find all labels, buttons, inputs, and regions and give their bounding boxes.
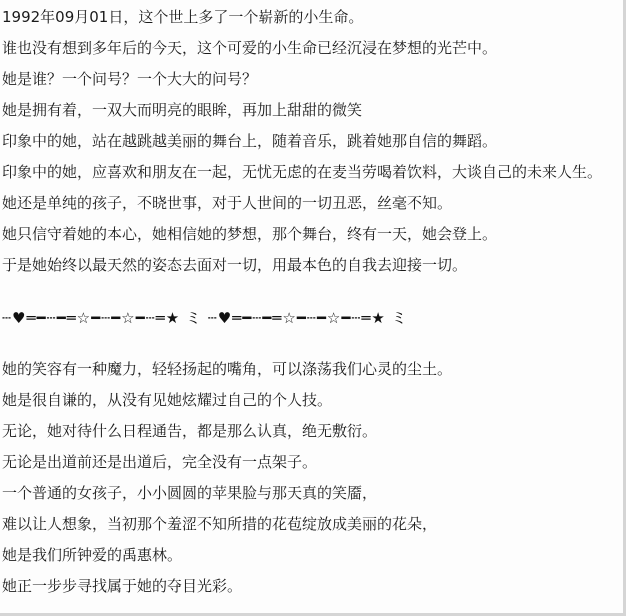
paragraph-line: 她是谁？一个问号？一个大大的问号？ [2,64,623,95]
post-section-bottom: 她的笑容有一种魔力，轻轻扬起的嘴角，可以涤荡我们心灵的尘土。 她是很自谦的，从没… [2,354,623,602]
paragraph-line: 印象中的她，应喜欢和朋友在一起，无忧无虑的在麦当劳喝着饮料，大谈自己的未来人生。 [2,157,623,188]
paragraph-line: 印象中的她，站在越跳越美丽的舞台上，随着音乐，跳着她那自信的舞蹈。 [2,126,623,157]
paragraph-line: 于是她始终以最天然的姿态去面对一切，用最本色的自我去迎接一切。 [2,250,623,281]
paragraph-line: 她是拥有着，一双大而明亮的眼眸，再加上甜甜的微笑 [2,95,623,126]
paragraph-line: 难以让人想象，当初那个羞涩不知所措的花苞绽放成美丽的花朵， [2,509,623,540]
post-page: { "page": { "background": "#fdfdfd", "bo… [0,0,626,616]
paragraph-line: 她的笑容有一种魔力，轻轻扬起的嘴角，可以涤荡我们心灵的尘土。 [2,354,623,385]
decorative-divider: ┄♥═━┄━═☆━┄━☆━┄═★ ミ ┄♥═━┄━═☆━┄━☆━┄═★ ミ [2,308,623,328]
paragraph-line: 她还是单纯的孩子，不晓世事，对于人世间的一切丑恶，丝毫不知。 [2,188,623,219]
paragraph-line: 一个普通的女孩子，小小圆圆的苹果脸与那天真的笑靥， [2,478,623,509]
paragraph-line: 1992年09月01日，这个世上多了一个崭新的小生命。 [2,2,623,33]
paragraph-line: 她是我们所钟爱的禹惠林。 [2,540,623,571]
paragraph-line: 谁也没有想到多年后的今天，这个可爱的小生命已经沉浸在梦想的光芒中。 [2,33,623,64]
post-section-top: 1992年09月01日，这个世上多了一个崭新的小生命。 谁也没有想到多年后的今天… [2,2,623,281]
paragraph-line: 无论，她对待什么日程通告，都是那么认真，绝无敷衍。 [2,416,623,447]
post-content: 1992年09月01日，这个世上多了一个崭新的小生命。 谁也没有想到多年后的今天… [0,0,623,602]
paragraph-line: 无论是出道前还是出道后，完全没有一点架子。 [2,447,623,478]
paragraph-line: 她只信守着她的本心，她相信她的梦想，那个舞台，终有一天，她会登上。 [2,219,623,250]
paragraph-line: 她是很自谦的，从没有见她炫耀过自己的个人技。 [2,385,623,416]
paragraph-line: 她正一步步寻找属于她的夺目光彩。 [2,571,623,602]
